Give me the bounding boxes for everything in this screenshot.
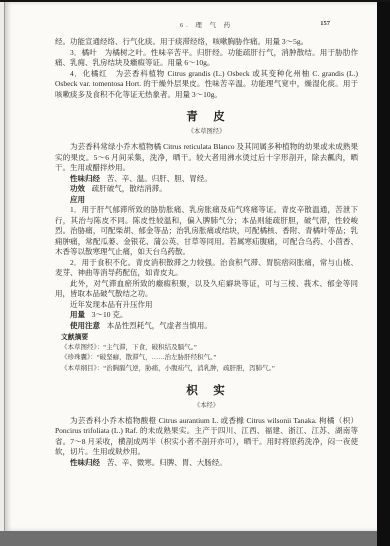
qingpi-caution: 使用注意本品性烈耗气，气虚者当慎用。	[55, 321, 358, 332]
properties-label: 性味归经	[70, 174, 100, 183]
chapter-title: 6. 理 气 药	[180, 22, 233, 29]
qingpi-additional-uses: 此外，对气滞血瘀所致的癥瘕积聚，以及久疟癖块等证，可与三棱、莪术、郁金等同用，皆…	[55, 279, 358, 300]
book-page: 6. 理 气 药 157 经。功能宣通经络、行气化痰。用于痰滞经络，咳嗽胸胁作痛…	[4, 2, 377, 531]
literature-section: 文献摘要 《本草图经》：“主气滞，下食，破积结及膈气。” 《珍珠囊》：“破坚癖，…	[55, 333, 358, 374]
qingpi-research-note: 近年发现本品有升压作用	[55, 300, 358, 311]
monograph-source-qingpi: 《本草图经》	[55, 126, 358, 135]
monograph-source-zhishi: 《本经》	[55, 400, 358, 409]
running-header: 6. 理 气 药 157	[55, 20, 358, 30]
screenshot-root: 6. 理 气 药 157 经。功能宣通经络、行气化痰。用于痰滞经络，咳嗽胸胁作痛…	[0, 0, 390, 546]
qingpi-application-2: 2．用于食积不化。青皮消积散滞之力较强。治食积气滞、胃脘痞闷胀痛，常与山楂、麦芽…	[55, 258, 358, 279]
applications-label: 应用	[70, 195, 85, 204]
caution-text: 本品性烈耗气，气虚者当慎用。	[107, 321, 212, 330]
effects-label: 功效	[70, 184, 85, 193]
monograph-title-qingpi: 青 皮	[55, 108, 358, 124]
qingpi-effects: 功效疏肝破气，散结消滞。	[55, 184, 358, 195]
scan-top-border	[0, 0, 390, 2]
page-number: 157	[320, 20, 330, 27]
qingpi-description: 为芸香科常绿小乔木植物橘 Citrus reticulata Blanco 及其…	[55, 142, 358, 174]
continued-paragraph: 经。功能宣通经络、行气化痰。用于痰滞经络，咳嗽胸胁作痛。用量 3～5g。	[55, 37, 358, 48]
literature-label: 文献摘要	[61, 333, 358, 343]
effects-text: 疏肝破气，散结消滞。	[92, 184, 167, 193]
properties-text: 苦、辛、温。归肝、胆、胃经。	[107, 174, 212, 183]
qingpi-properties: 性味归经苦、辛、温。归肝、胆、胃经。	[55, 174, 358, 185]
zhishi-description: 为芸香科小乔木植物酸橙 Citrus aurantium L. 或香橼 Citr…	[55, 416, 358, 458]
qingpi-dosage: 用量3～10 克。	[55, 310, 358, 321]
caution-label: 使用注意	[70, 321, 100, 330]
literature-quote: 《本草图经》：“主气滞，下食，破积结及膈气。”	[61, 343, 358, 353]
qingpi-application-1: 1．用于肝气郁滞所致的胁肋胀痛、乳房胀痛及疝气疼痛等证。青皮辛散温通，苦泄下行，…	[55, 205, 358, 258]
list-item-jye: 3．橘叶 为橘树之叶。性味辛苦平。归肝经。功能疏肝行气，消肿散结。用于胁肋作痛、…	[55, 48, 358, 69]
properties-label: 性味归经	[70, 458, 100, 467]
qingpi-applications-heading: 应用	[55, 195, 358, 206]
zhishi-properties: 性味归经苦、辛、微寒。归脾、胃、大肠经。	[55, 458, 358, 469]
literature-quote: 《本草纲目》：“治胸膈气逆，胁痛，小腹疝气，消乳肿，疏肝胆，泻肺气。”	[61, 364, 358, 374]
dosage-text: 3～10 克。	[92, 310, 128, 319]
monograph-zhishi: 枳 实 《本经》 为芸香科小乔木植物酸橙 Citrus aurantium L.…	[55, 382, 358, 469]
literature-quote: 《珍珠囊》：“破坚癖，散滞气，……治左胁肝经积气。”	[61, 353, 358, 363]
scan-right-border	[377, 0, 390, 546]
properties-text: 苦、辛、微寒。归脾、胃、大肠经。	[107, 458, 227, 467]
list-item-huajuhong: 4．化橘红 为芸香科植物 Citrus grandis (L.) Osbeck …	[55, 69, 358, 101]
scan-bottom-border	[0, 531, 377, 546]
monograph-title-zhishi: 枳 实	[55, 382, 358, 398]
dosage-label: 用量	[70, 310, 85, 319]
monograph-qingpi: 青 皮 《本草图经》 为芸香科常绿小乔木植物橘 Citrus reticulat…	[55, 108, 358, 374]
